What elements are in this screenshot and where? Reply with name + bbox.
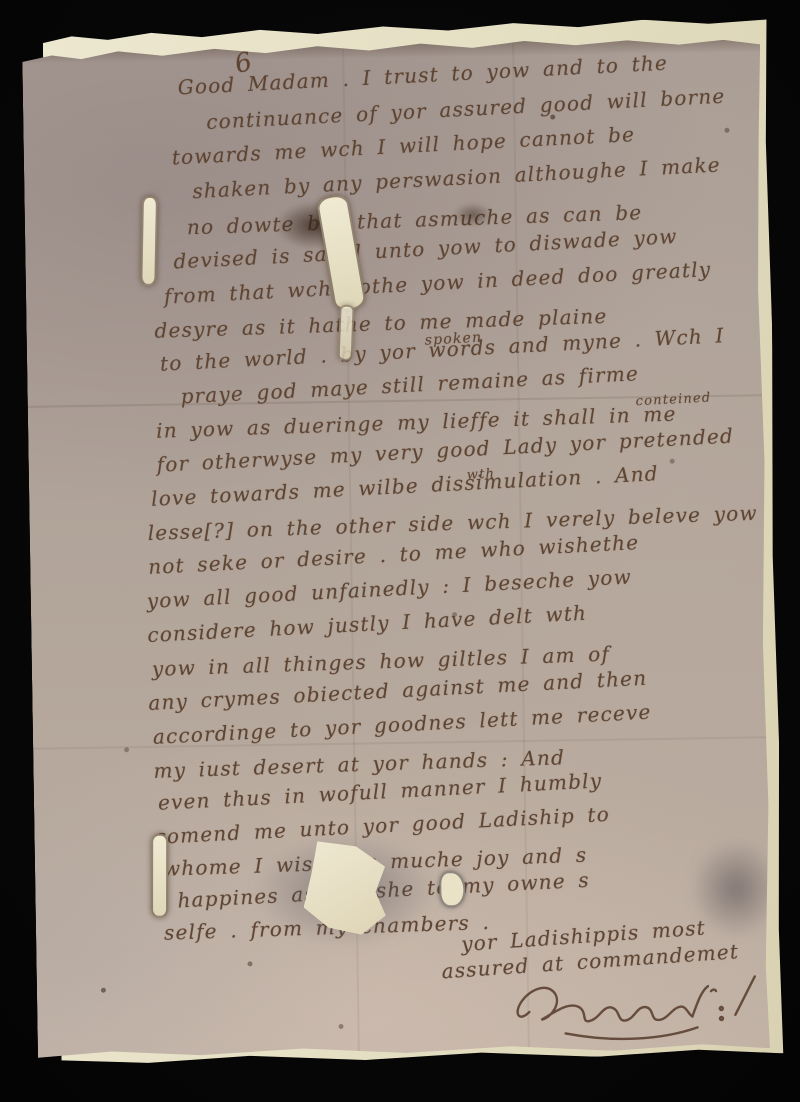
interlinear-insertion: spoken	[424, 330, 482, 349]
interlinear-insertion: wth	[466, 467, 495, 483]
tear-slit	[151, 834, 168, 918]
signature-flourish	[507, 962, 763, 1058]
manuscript-page: 6Good Madam . I trust to yow and to thec…	[22, 36, 776, 1059]
fold-crease	[33, 736, 771, 750]
foxing-specks	[22, 48, 25, 51]
letter-photo: 6Good Madam . I trust to yow and to thec…	[0, 0, 800, 1102]
tear-slit	[140, 196, 158, 286]
tear-slit	[338, 305, 355, 362]
paper-hole	[439, 871, 466, 907]
